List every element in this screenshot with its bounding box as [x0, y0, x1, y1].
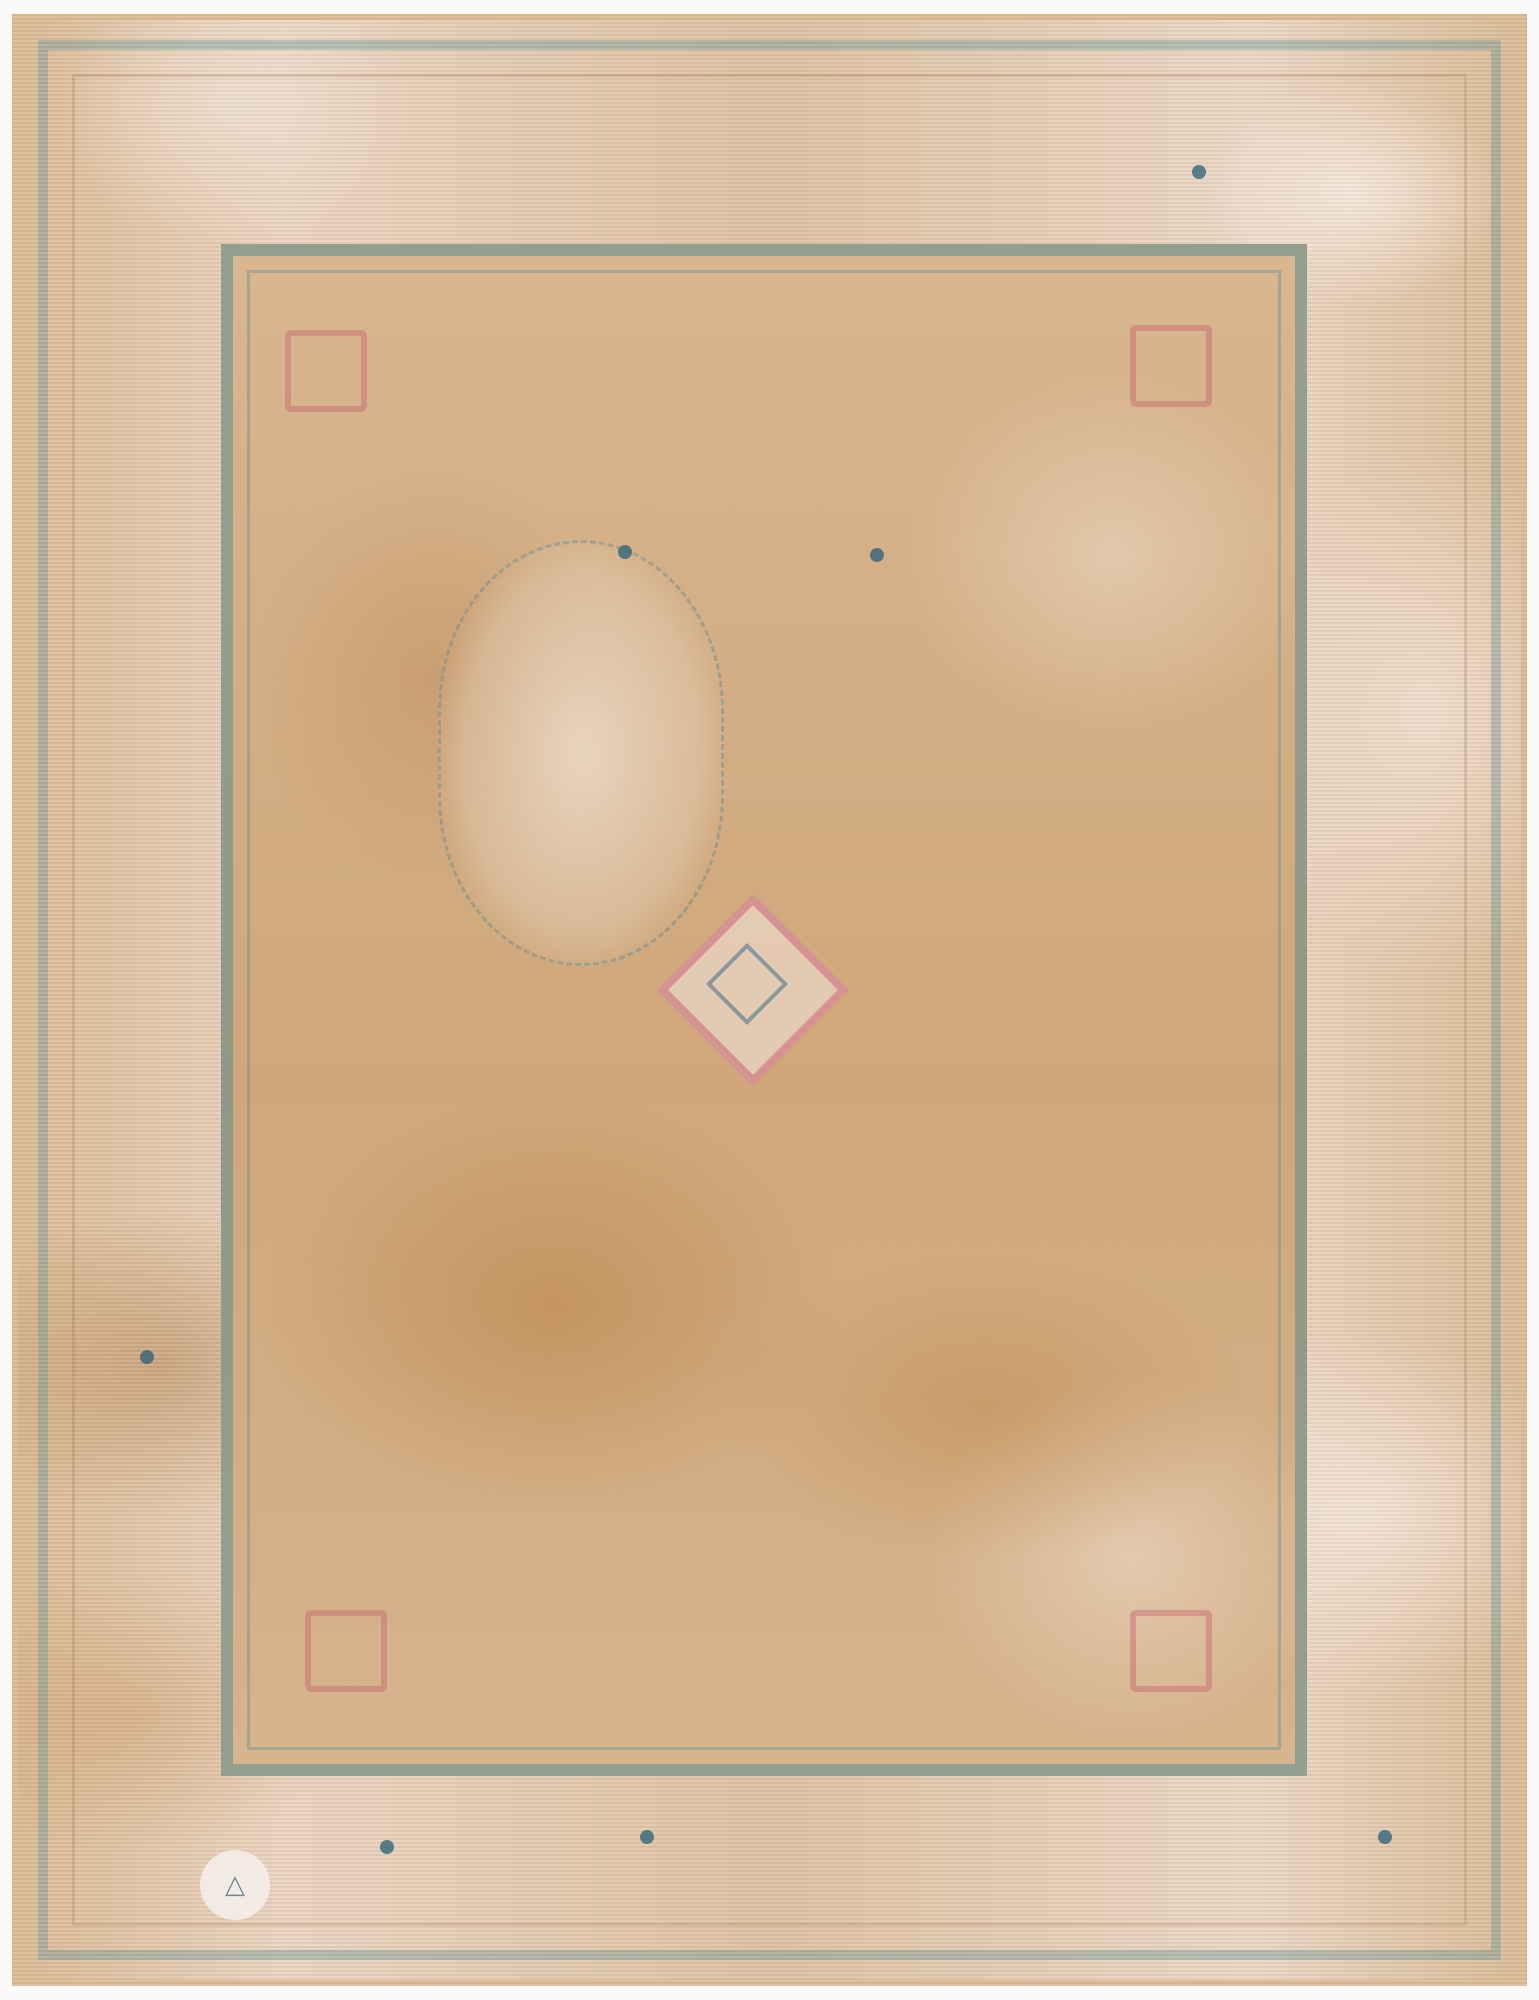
- navy-dot: [380, 1840, 394, 1854]
- navy-dot: [140, 1350, 154, 1364]
- navy-dot: [1192, 165, 1206, 179]
- corner-motif-bottom-left: [305, 1610, 387, 1692]
- navy-dot: [640, 1830, 654, 1844]
- watermark-logo: △: [200, 1850, 270, 1920]
- corner-motif-top-right: [1130, 325, 1212, 407]
- navy-dot: [618, 545, 632, 559]
- central-medallion: [438, 540, 724, 966]
- navy-dot: [1378, 1830, 1392, 1844]
- corner-motif-bottom-right: [1130, 1610, 1212, 1692]
- corner-motif-top-left: [285, 330, 367, 412]
- navy-dot: [870, 548, 884, 562]
